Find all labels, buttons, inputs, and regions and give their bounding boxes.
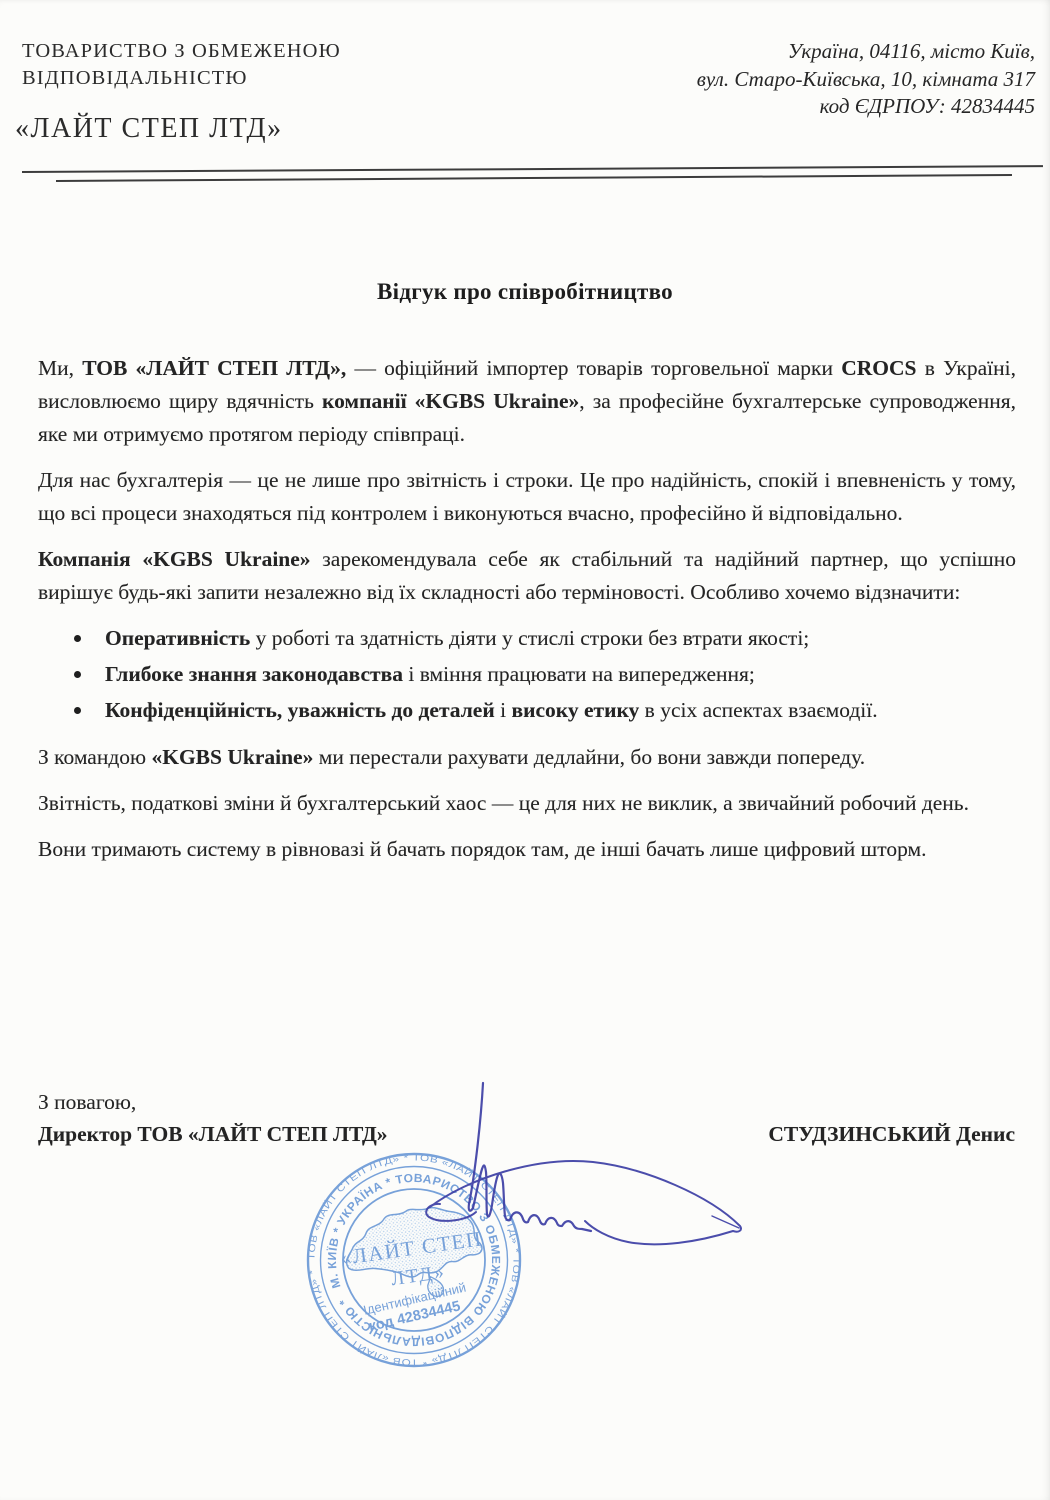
address-line1: Україна, 04116, місто Київ,: [697, 38, 1035, 66]
bullet-point: Конфіденційність, уважність до деталей і…: [105, 694, 1016, 727]
letterhead-divider-line-1: [22, 165, 1043, 173]
letterhead-org-type: ТОВАРИСТВО З ОБМЕЖЕНОЮ ВІДПОВІДАЛЬНІСТЮ: [22, 38, 341, 92]
stamp-texts: ТОВ «ЛАЙТ СТЕП ЛТД» * ТОВ «ЛАЙТ СТЕП ЛТД…: [306, 1152, 521, 1367]
org-type-line2: ВІДПОВІДАЛЬНІСТЮ: [22, 65, 341, 92]
document-title: Відгук про співробітництво: [0, 279, 1050, 305]
paragraph: Звітність, податкові зміни й бухгалтерсь…: [38, 787, 1016, 820]
signature-tip-line: [712, 1216, 739, 1228]
paragraph: Компанія «KGBS Ukraine» зарекомендувала …: [38, 543, 1016, 609]
paragraph: З командою «KGBS Ukraine» ми перестали р…: [38, 741, 1016, 774]
stamp-ring-text: М. КИЇВ * УКРАЇНА * ТОВАРИСТВО З ОБМЕЖЕН…: [325, 1171, 503, 1349]
signer-position: Директор ТОВ «ЛАЙТ СТЕП ЛТД»: [38, 1122, 388, 1147]
bullet-point: Оперативність у роботі та здатність діят…: [105, 622, 1016, 655]
letter-body: Ми, ТОВ «ЛАЙТ СТЕП ЛТД», — офіційний імп…: [38, 352, 1016, 879]
paragraph: Вони тримають систему в рівновазі й бача…: [38, 833, 1016, 866]
stamp-middle-circle: [321, 1167, 508, 1354]
paragraph: Для нас бухгалтерія — це не лише про зві…: [38, 464, 1016, 530]
letterhead-address: Україна, 04116, місто Київ, вул. Старо-К…: [697, 38, 1035, 121]
closing-salutation: З повагою,: [38, 1090, 1015, 1115]
stamp-name-line2: ЛТД»: [390, 1262, 447, 1290]
letterhead-divider-line-2: [56, 174, 1012, 182]
signer-name: СТУДЗИНСЬКИЙ Денис: [768, 1122, 1015, 1147]
signature-flourish: [430, 1161, 741, 1244]
stamp-outer-circle: [308, 1154, 520, 1366]
stamp-micro-ring-text: ТОВ «ЛАЙТ СТЕП ЛТД» * ТОВ «ЛАЙТ СТЕП ЛТД…: [306, 1152, 521, 1367]
bullet-list: Оперативність у роботі та здатність діят…: [38, 622, 1016, 727]
stamp-inner-circle: [343, 1189, 485, 1331]
scanned-letter-page: ТОВАРИСТВО З ОБМЕЖЕНОЮ ВІДПОВІДАЛЬНІСТЮ …: [0, 0, 1050, 1500]
address-line3: код ЄДРПОУ: 42834445: [697, 93, 1035, 121]
paragraph: Ми, ТОВ «ЛАЙТ СТЕП ЛТД», — офіційний імп…: [38, 352, 1016, 451]
stamp-id-label: Ідентифікаційний: [362, 1280, 468, 1318]
company-seal-stamp: ТОВ «ЛАЙТ СТЕП ЛТД» * ТОВ «ЛАЙТ СТЕП ЛТД…: [305, 1151, 523, 1369]
stamp-rings: [308, 1154, 520, 1366]
crimea-outline: [426, 1275, 444, 1297]
stamp-name-line1: «ЛАЙТ СТЕП: [339, 1226, 484, 1270]
letterhead-company-name: «ЛАЙТ СТЕП ЛТД»: [15, 113, 283, 145]
org-type-line1: ТОВАРИСТВО З ОБМЕЖЕНОЮ: [22, 38, 341, 65]
closing-block: З повагою, Директор ТОВ «ЛАЙТ СТЕП ЛТД» …: [38, 1090, 1015, 1147]
ukraine-map-outline: [340, 1200, 484, 1285]
signature-left-curl: [426, 1204, 476, 1221]
stamp-id-value: код 42834445: [367, 1298, 462, 1335]
address-line2: вул. Старо-Київська, 10, кімната 317: [697, 66, 1035, 94]
bullet-point: Глибоке знання законодавства і вміння пр…: [105, 658, 1016, 691]
